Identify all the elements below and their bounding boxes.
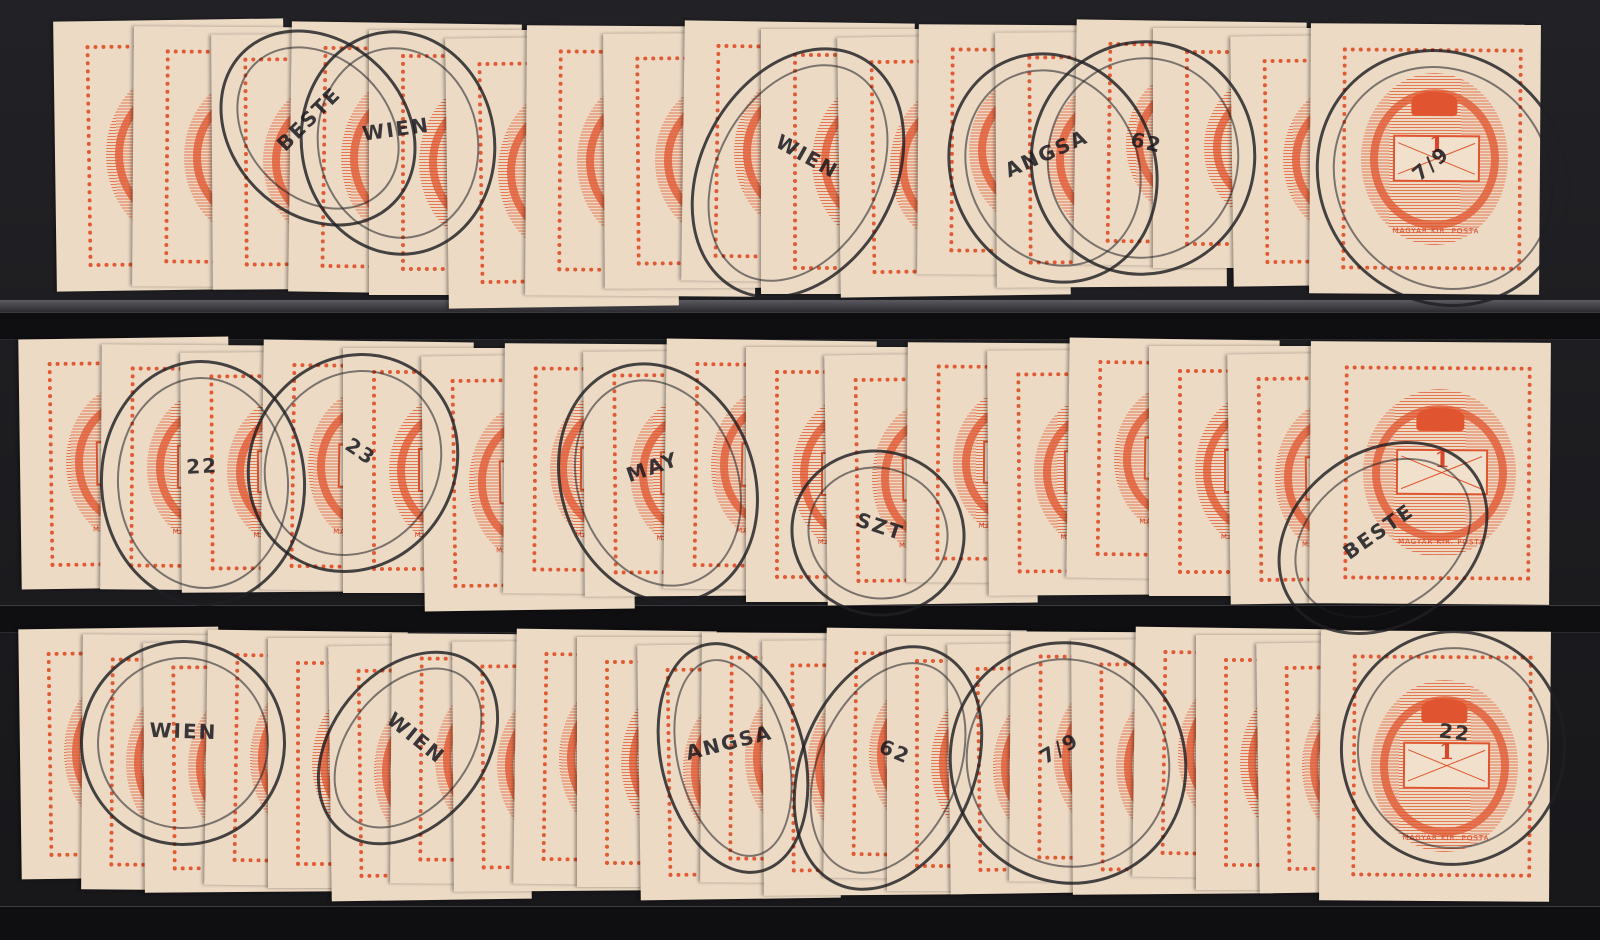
stamp-row-bottom: 1MAGYAR KIR. POSTA1MAGYAR KIR. POSTA1MAG… [0, 628, 1600, 906]
crown-icon [1421, 698, 1467, 723]
stamp-value: 1 [1334, 446, 1550, 474]
stamp-legend: MAGYAR KIR. POSTA [1332, 226, 1539, 235]
stamp: 1MAGYAR KIR. POSTA [1309, 23, 1541, 295]
crown-icon [1411, 91, 1457, 116]
stamp: 1MAGYAR KIR. POSTA [1319, 630, 1551, 902]
stamp-row-middle: 1MAGYAR KIR. POSTA1MAGYAR KIR. POSTA1MAG… [0, 338, 1600, 608]
stamp-value: 1 [1333, 131, 1540, 158]
stamp-legend: MAGYAR KIR. POSTA [1342, 833, 1549, 842]
stock-strip [0, 906, 1600, 940]
stamp-value: 1 [1343, 738, 1550, 765]
stamp-row-top: 1MAGYAR KIR. POSTA1MAGYAR KIR. POSTA1MAG… [0, 20, 1600, 320]
stamp-legend: MAGYAR KIR. POSTA [1333, 538, 1549, 548]
stamp: 1MAGYAR KIR. POSTA [1309, 341, 1551, 605]
crown-icon [1416, 407, 1464, 431]
